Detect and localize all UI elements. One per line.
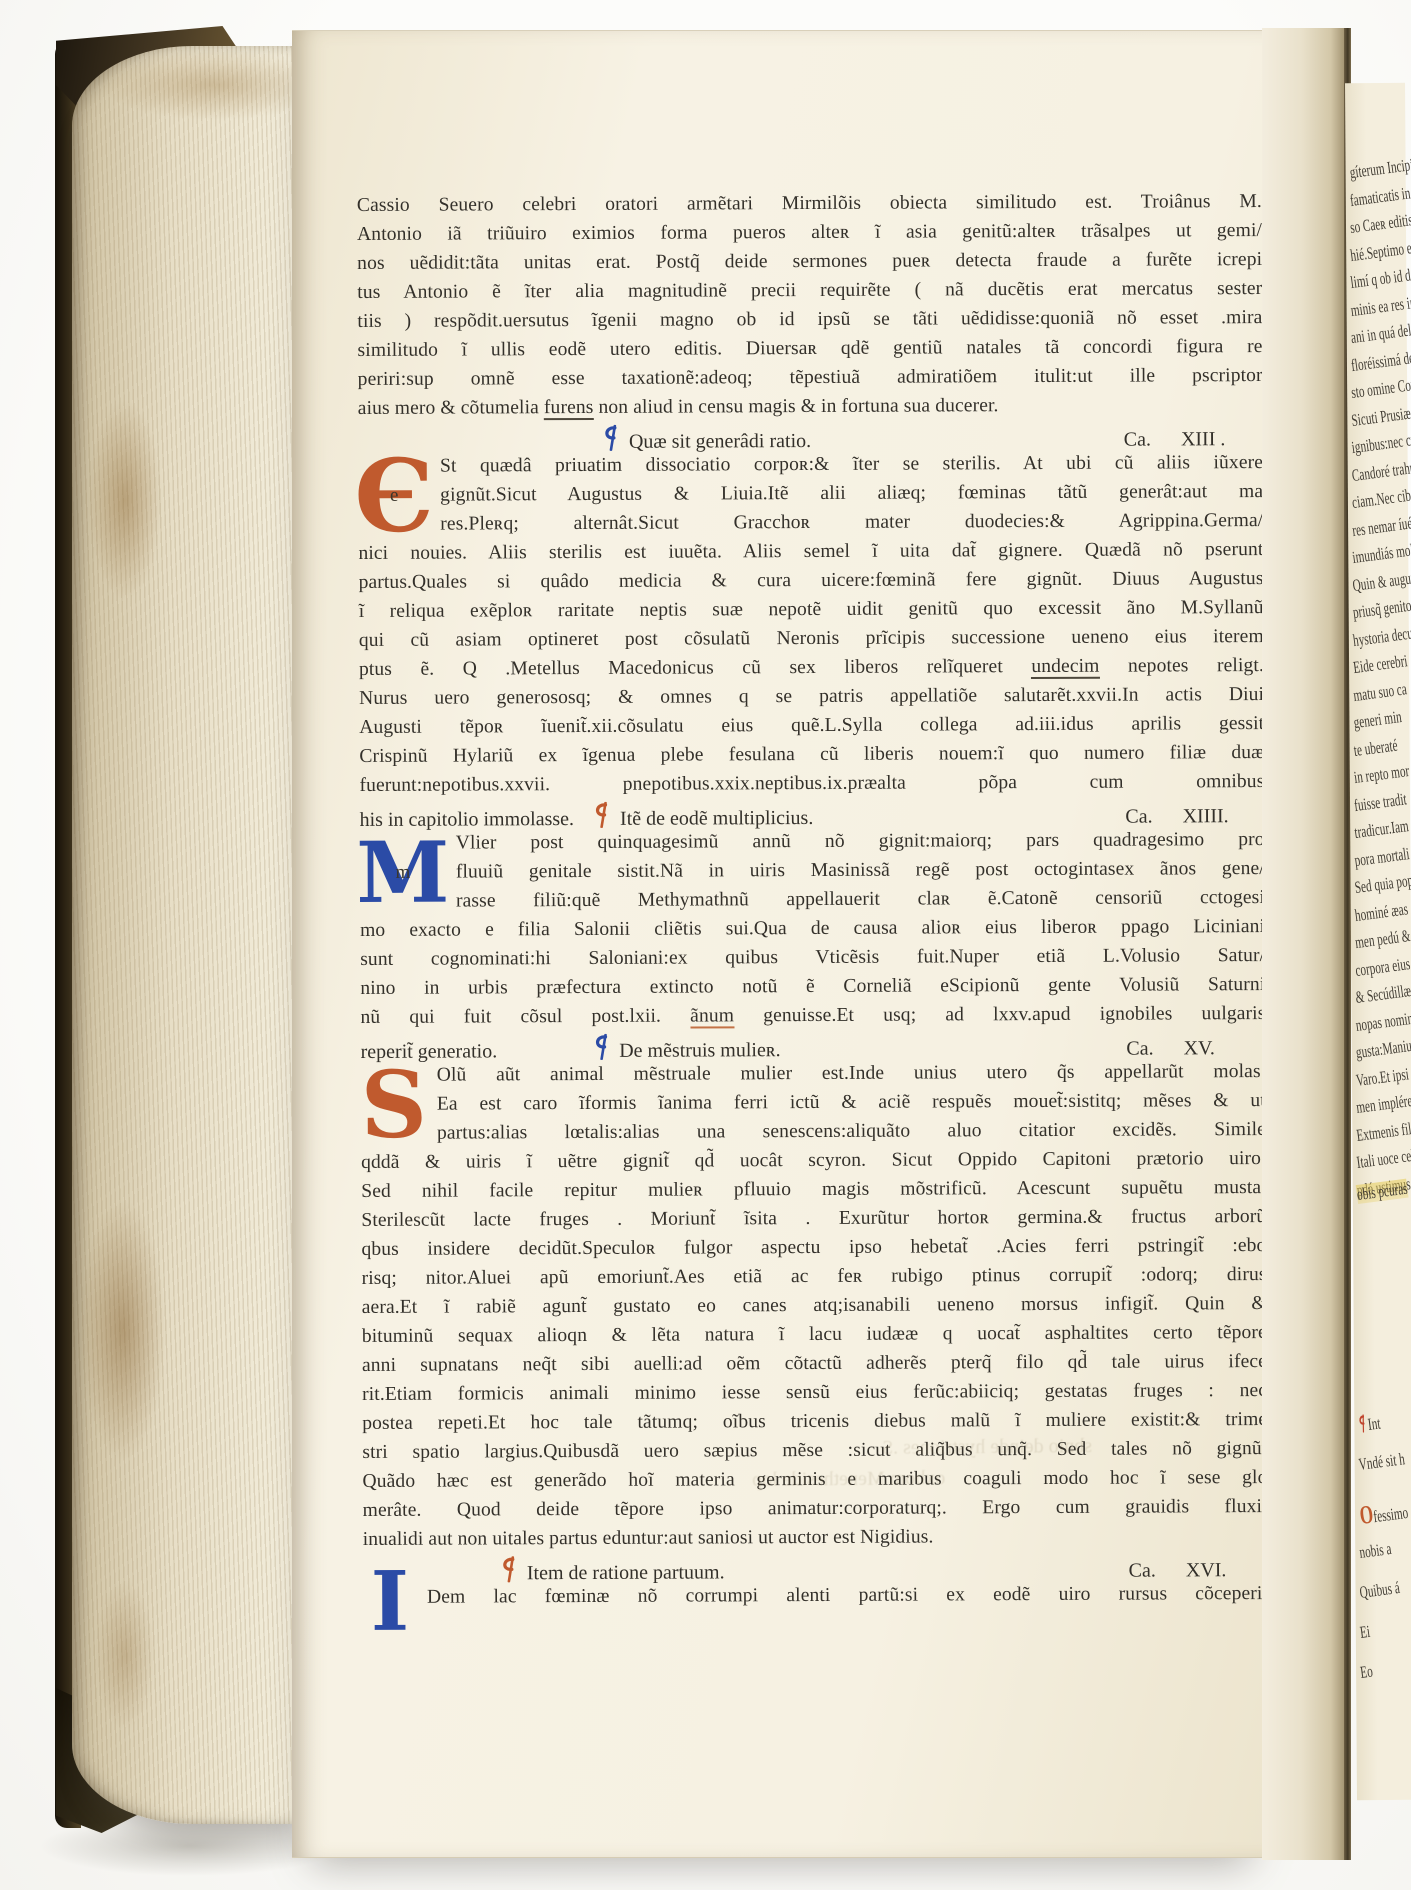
next-page-text-fragment: so Caeʀ editis p	[1349, 209, 1411, 238]
next-page-text-fragment: gíterum Incipie	[1349, 154, 1411, 183]
fragment-text: tradicur.Iam	[1353, 816, 1410, 842]
illuminated-initial: I	[363, 1559, 417, 1645]
paragraph: ЄeSt quædâ priuatim dissociatio corpoʀ:&…	[358, 448, 1265, 829]
text-line: risq; nitor.Aluei apũ emoriunt̃.Aes etiã…	[362, 1260, 1267, 1293]
next-page-text-fragment: Itali uoce cele	[1355, 1145, 1411, 1173]
text-run: non aliud in censu magis & in fortuna su…	[593, 395, 998, 418]
next-page-text-fragment: te uberaté	[1353, 735, 1399, 760]
next-page-text-fragment: hominé æas	[1354, 899, 1409, 926]
text-line: inualidi aut non uitales partus eduntur:…	[363, 1521, 1268, 1554]
text-line: Crispinũ Hylariũ ex ĩgenua plebe fesulan…	[359, 738, 1264, 771]
text-run: nũ qui fuit cõsul post.lxii.	[360, 1006, 690, 1028]
text-line: tus Antonio ẽ ĩter alia magnitudinẽ prec…	[357, 274, 1262, 307]
text-run: ptus ẽ. Q .Metellus Macedonicus cũ sex l…	[359, 656, 1031, 680]
fragment-text: gusta:Maniu	[1355, 1036, 1411, 1062]
text-line: merâte. Quod deide tẽpore ipso animatur:…	[363, 1492, 1268, 1525]
fragment-text: so Caeʀ editis p	[1349, 209, 1411, 237]
paragraph: MmVlier post quinquagesimũ annũ nõ gigni…	[360, 825, 1266, 1061]
text-line: similitudo ĩ ullis eodẽ utero editis. Di…	[357, 332, 1262, 365]
next-page-text-fragment: Sicuti Prusiæ reg	[1350, 401, 1411, 431]
next-page-text-fragment: fuisse tradit	[1353, 789, 1408, 816]
paragraph: Cassio Seuero celebri oratori armẽtari M…	[357, 187, 1263, 423]
next-page-text-fragment: tradicur.Iam	[1353, 816, 1410, 843]
fragment-text: men pedú &	[1354, 926, 1411, 952]
text-line: ptus ẽ. Q .Metellus Macedonicus cũ sex l…	[359, 651, 1264, 684]
annotator-underlined-word: furens	[544, 397, 594, 420]
next-page-text-fragment: Ei	[1359, 1622, 1371, 1643]
fragment-text: floréissimá depo	[1350, 346, 1411, 374]
next-page-text-fragment: limí q ob id den	[1349, 264, 1411, 293]
show-through-text: sbnio deinde hystriones .S	[882, 1435, 1092, 1460]
text-line: partus.Quales si quâdo medicia & cura ui…	[358, 564, 1263, 597]
next-page-text-fragment: hystoria decur	[1352, 622, 1411, 650]
text-line: Sterilescũt lacte fruges . Moriunt̃ ĩsit…	[361, 1202, 1266, 1235]
next-page-text-fragment: Ofessimo	[1358, 1495, 1410, 1531]
text-line: fluuiũ genitale sistit.Nã in uiris Masin…	[456, 854, 1265, 887]
fragment-text: hié.Septimo eolé	[1349, 236, 1411, 265]
chapter-heading-row: Item de ratione partuum.Ca.XVI.	[363, 1550, 1268, 1583]
paragraph: IDem lac fœminæ nõ corrumpi alenti partũ…	[363, 1579, 1268, 1612]
next-page-text-fragment: hié.Septimo eolé	[1349, 236, 1411, 266]
text-line: Antonio iã triũuiro eximios forma pueros…	[357, 216, 1262, 249]
text-run: nepotes religt.	[1099, 655, 1264, 677]
fragment-text: Extmenis filiu	[1355, 1117, 1411, 1144]
page-edge-stack	[72, 46, 320, 1824]
next-page-text-fragment: & Secúdillæ p	[1354, 980, 1411, 1008]
text-line: periri:sup omnẽ esse taxationẽ:adeoq; tẽ…	[358, 361, 1263, 394]
text-line: sunt cognominati:hi Saloniani:ex quibus …	[360, 941, 1265, 974]
text-line: qddã & uiris ĩ uẽtre gignit̃ qd̃ uocât s…	[361, 1144, 1266, 1177]
text-line: Nurus uero generososq; & omnes q se patr…	[359, 680, 1264, 713]
fragment-text: res nemar íuétu	[1351, 512, 1411, 540]
fragment-text: fessimo	[1372, 1503, 1409, 1526]
next-page-text-fragment: ani in quá delata	[1350, 319, 1411, 348]
next-page-text-fragment: imundiás moliétes	[1351, 538, 1411, 568]
fragment-text: & Secúdillæ p	[1354, 980, 1411, 1007]
next-page-text-fragment: famaticatis in fo	[1349, 181, 1411, 210]
next-page-text-fragment: res nemar íuétu	[1351, 512, 1411, 541]
text-line: qui cũ asiam optineret post cõsulatũ Ner…	[359, 622, 1264, 655]
text-line: fuerunt:nepotibus.xxvii. pnepotibus.xxix…	[359, 767, 1264, 800]
fragment-text: Vndé sit h	[1358, 1449, 1406, 1474]
text-line: nici nouies. Aliis sterilis est iuuẽta. …	[358, 535, 1263, 568]
show-through-text: oxbom Menetheside lop	[752, 1467, 946, 1492]
next-page-text-fragment: priusq̃ genito	[1352, 596, 1411, 623]
text-line: Cassio Seuero celebri oratori armẽtari M…	[357, 187, 1262, 220]
text-line: rasse filiũ:quẽ Methymathnũ appellauerit…	[456, 883, 1265, 916]
text-run: genuisse.Et usq; ad lxxv.apud ignobiles …	[734, 1003, 1265, 1026]
next-page-text-fragment: men pedú &	[1354, 926, 1411, 953]
next-page-text-fragment: floréissimá depo	[1350, 346, 1411, 375]
text-line: Dem lac fœminæ nõ corrumpi alenti partũ:…	[427, 1579, 1268, 1612]
next-page-text-fragment: ignibus:nec crema	[1350, 428, 1411, 458]
next-page-text-fragment: Candoré trahunt	[1351, 456, 1411, 485]
fragment-text: Eo	[1359, 1662, 1374, 1682]
fragment-text: imundiás moliétes	[1351, 538, 1411, 567]
fragment-text: gíterum Incipie	[1349, 154, 1411, 182]
next-page-text-fragment: Int	[1357, 1410, 1381, 1436]
fragment-text: te uberaté	[1353, 735, 1399, 759]
next-page-text-fragment: Quibus á	[1358, 1578, 1400, 1603]
next-page-text-fragment: nopas nomine	[1355, 1008, 1411, 1036]
chapter-heading-row: Quæ sit generâdi ratio.Ca.XIII .	[358, 419, 1263, 452]
fragment-text: Eide cerebri	[1352, 651, 1409, 677]
fragment-text: Itali uoce cele	[1355, 1145, 1411, 1172]
fragment-text: Quin & auguriú	[1351, 567, 1411, 595]
text-line: nino in urbis præfectura extincto notũ ẽ…	[360, 970, 1265, 1003]
text-line: postea repeti.Et hoc tale tãtumq; oĩbus …	[362, 1405, 1267, 1438]
fragment-text: fuisse tradit	[1353, 789, 1408, 815]
text-line: anni supnatans neq̃t sibi auelli:ad oẽm …	[362, 1347, 1267, 1380]
fragment-text: priusq̃ genito	[1352, 596, 1411, 622]
fragment-text: Candoré trahunt	[1351, 456, 1411, 484]
text-line: Vlier post quinquagesimũ annũ nõ gignit:…	[456, 825, 1265, 858]
text-line: Augusti tẽpoʀ ĩuenit̃.xii.cõsulatu eius …	[359, 709, 1264, 742]
fragment-text: in repto mor	[1353, 761, 1410, 787]
fragment-text: Varo.Et ipsi	[1355, 1064, 1410, 1090]
next-page-text-fragment: sto omine Cornel	[1350, 373, 1411, 403]
next-page-text-fragment: generi min	[1352, 707, 1402, 733]
text-line: Ea est caro ĩformis ĩanima ferri ictũ & …	[437, 1086, 1266, 1119]
text-run: aius mero & cõtumelia	[358, 397, 544, 419]
next-page-text-fragment: pora mortali	[1353, 844, 1410, 871]
text-line: qbus insidere decidũt.Speculoʀ fulgor as…	[361, 1231, 1266, 1264]
main-page: Cassio Seuero celebri oratori armẽtari M…	[292, 30, 1270, 1858]
text-line: nũ qui fuit cõsul post.lxii. ãnum genuis…	[360, 999, 1265, 1032]
text-line: stri spatio largius.Quibusdã uero sæpius…	[362, 1434, 1267, 1467]
annotator-underlined-word: ãnum	[690, 1005, 734, 1028]
illuminated-initial: S	[361, 1061, 427, 1148]
fragment-text: pora mortali	[1353, 844, 1410, 870]
fragment-text: Quibus á	[1358, 1578, 1400, 1602]
fragment-text: ani in quá delata	[1350, 319, 1411, 347]
fragment-text: hystoria decur	[1352, 622, 1411, 649]
illuminated-initial: Mm	[360, 829, 446, 916]
next-page-text-fragment: Sed quia popu	[1354, 870, 1411, 898]
next-page-surface: gíterum Incipiefamaticatis in foso Caeʀ …	[1345, 83, 1411, 1800]
text-line: gignũt.Sicut Augustus & Liuia.Itẽ alii a…	[440, 477, 1263, 510]
text-line: partus:alias lœtalis:alias una senescens…	[437, 1115, 1266, 1148]
text-line: aius mero & cõtumelia furens non aliud i…	[358, 390, 1263, 423]
fragment-text: generi min	[1352, 707, 1402, 732]
next-page-text-fragment: Eo	[1359, 1662, 1374, 1683]
next-page-text-fragment: matu suo ca	[1352, 679, 1408, 706]
next-page-text-fragment: Quin & auguriú	[1351, 567, 1411, 596]
text-line: St quædâ priuatim dissociatio corpoʀ:& ĩ…	[440, 448, 1263, 481]
text-block: Cassio Seuero celebri oratori armẽtari M…	[357, 187, 1268, 1645]
text-line: rit.Etiam formicis animali minimo iesse …	[362, 1376, 1267, 1409]
book-photo: { "book": { "colors": { "rubric_orange":…	[0, 0, 1411, 1890]
text-line: nos uẽdidit:tãta unitas erat. Postq̃ dei…	[357, 245, 1262, 278]
fore-edge-gap	[1262, 28, 1350, 1860]
fragment-text: Ei	[1359, 1622, 1371, 1642]
fragment-text: corpora eius	[1354, 954, 1411, 980]
fragment-text: men implére	[1355, 1091, 1411, 1117]
next-page-text-fragment: ciam.Nec cibo ues	[1351, 483, 1411, 513]
text-line: mo exacto e filia Salonii cliẽtis sui.Qu…	[360, 912, 1265, 945]
next-page-text-fragment: Vndé sit h	[1358, 1449, 1406, 1475]
initial-letter: I	[371, 1561, 410, 1643]
illuminated-initial: Єe	[358, 452, 430, 539]
text-line: bituminũ sequax alioqn & lẽta natura ĩ l…	[362, 1318, 1267, 1351]
fragment-text: hominé æas	[1354, 899, 1409, 925]
next-page-text-fragment: in repto mor	[1353, 761, 1411, 788]
text-line: res.Pleʀq; alternât.Sicut Gracchoʀ mater…	[440, 506, 1263, 539]
fragment-text: matu suo ca	[1352, 679, 1408, 705]
fragment-text: sto omine Cornel	[1350, 373, 1411, 402]
next-page-text-fragment: minis ea res inaus	[1350, 290, 1411, 320]
next-page-text-fragment: Varo.Et ipsi	[1355, 1064, 1410, 1091]
fragment-text: minis ea res inaus	[1350, 290, 1411, 319]
guide-letter: e	[390, 484, 399, 506]
next-page-text-fragment: gusta:Maniu	[1355, 1036, 1411, 1063]
text-line: ĩ reliqua exẽploʀ raritate neptis suæ ne…	[359, 593, 1264, 626]
fragment-text: limí q ob id den	[1349, 264, 1411, 292]
fragment-text: Sicuti Prusiæ reg	[1350, 401, 1411, 430]
fragment-text: Sed quia popu	[1354, 870, 1411, 897]
next-page-sliver: gíterum Incipiefamaticatis in foso Caeʀ …	[1262, 28, 1411, 1860]
next-page-text-fragment: corpora eius	[1354, 954, 1411, 981]
next-page-text-fragment: Eide cerebri	[1352, 651, 1409, 678]
fragment-text: nobis a	[1358, 1539, 1392, 1562]
next-page-text-fragment: men implére	[1355, 1091, 1411, 1118]
fragment-text: nopas nomine	[1355, 1008, 1411, 1035]
initial-letter: S	[360, 1058, 427, 1150]
next-page-text-fragment: nobis a	[1358, 1539, 1392, 1563]
fragment-text: ciam.Nec cibo ues	[1351, 483, 1411, 512]
pilcrow-icon	[1358, 1417, 1367, 1437]
chapter-heading-row: his in capitolio immolasse.Itẽ de eodẽ m…	[359, 796, 1264, 829]
fragment-text: famaticatis in fo	[1349, 181, 1411, 209]
text-line: Sed nihil facile repitur mulieʀ pfluuio …	[361, 1173, 1266, 1206]
guide-letter: m	[395, 861, 410, 883]
fragment-text: Int	[1367, 1414, 1382, 1434]
text-line: aera.Et ĩ rabiẽ agunt̃ gustato eo canes …	[362, 1289, 1267, 1322]
next-page-text-fragment: Extmenis filiu	[1355, 1117, 1411, 1145]
annotator-underlined-word: undecim	[1031, 656, 1099, 679]
chapter-heading-row: reperit̃ generatio.De mẽstruis mulieʀ.Ca…	[361, 1028, 1266, 1061]
fragment-text: ignibus:nec crema	[1350, 428, 1411, 457]
text-line: Olũ aũt animal mẽstruale mulier est.Inde…	[437, 1057, 1266, 1090]
text-line: tiis ) respõdit.uersutus ĩgenii magno ob…	[357, 303, 1262, 336]
